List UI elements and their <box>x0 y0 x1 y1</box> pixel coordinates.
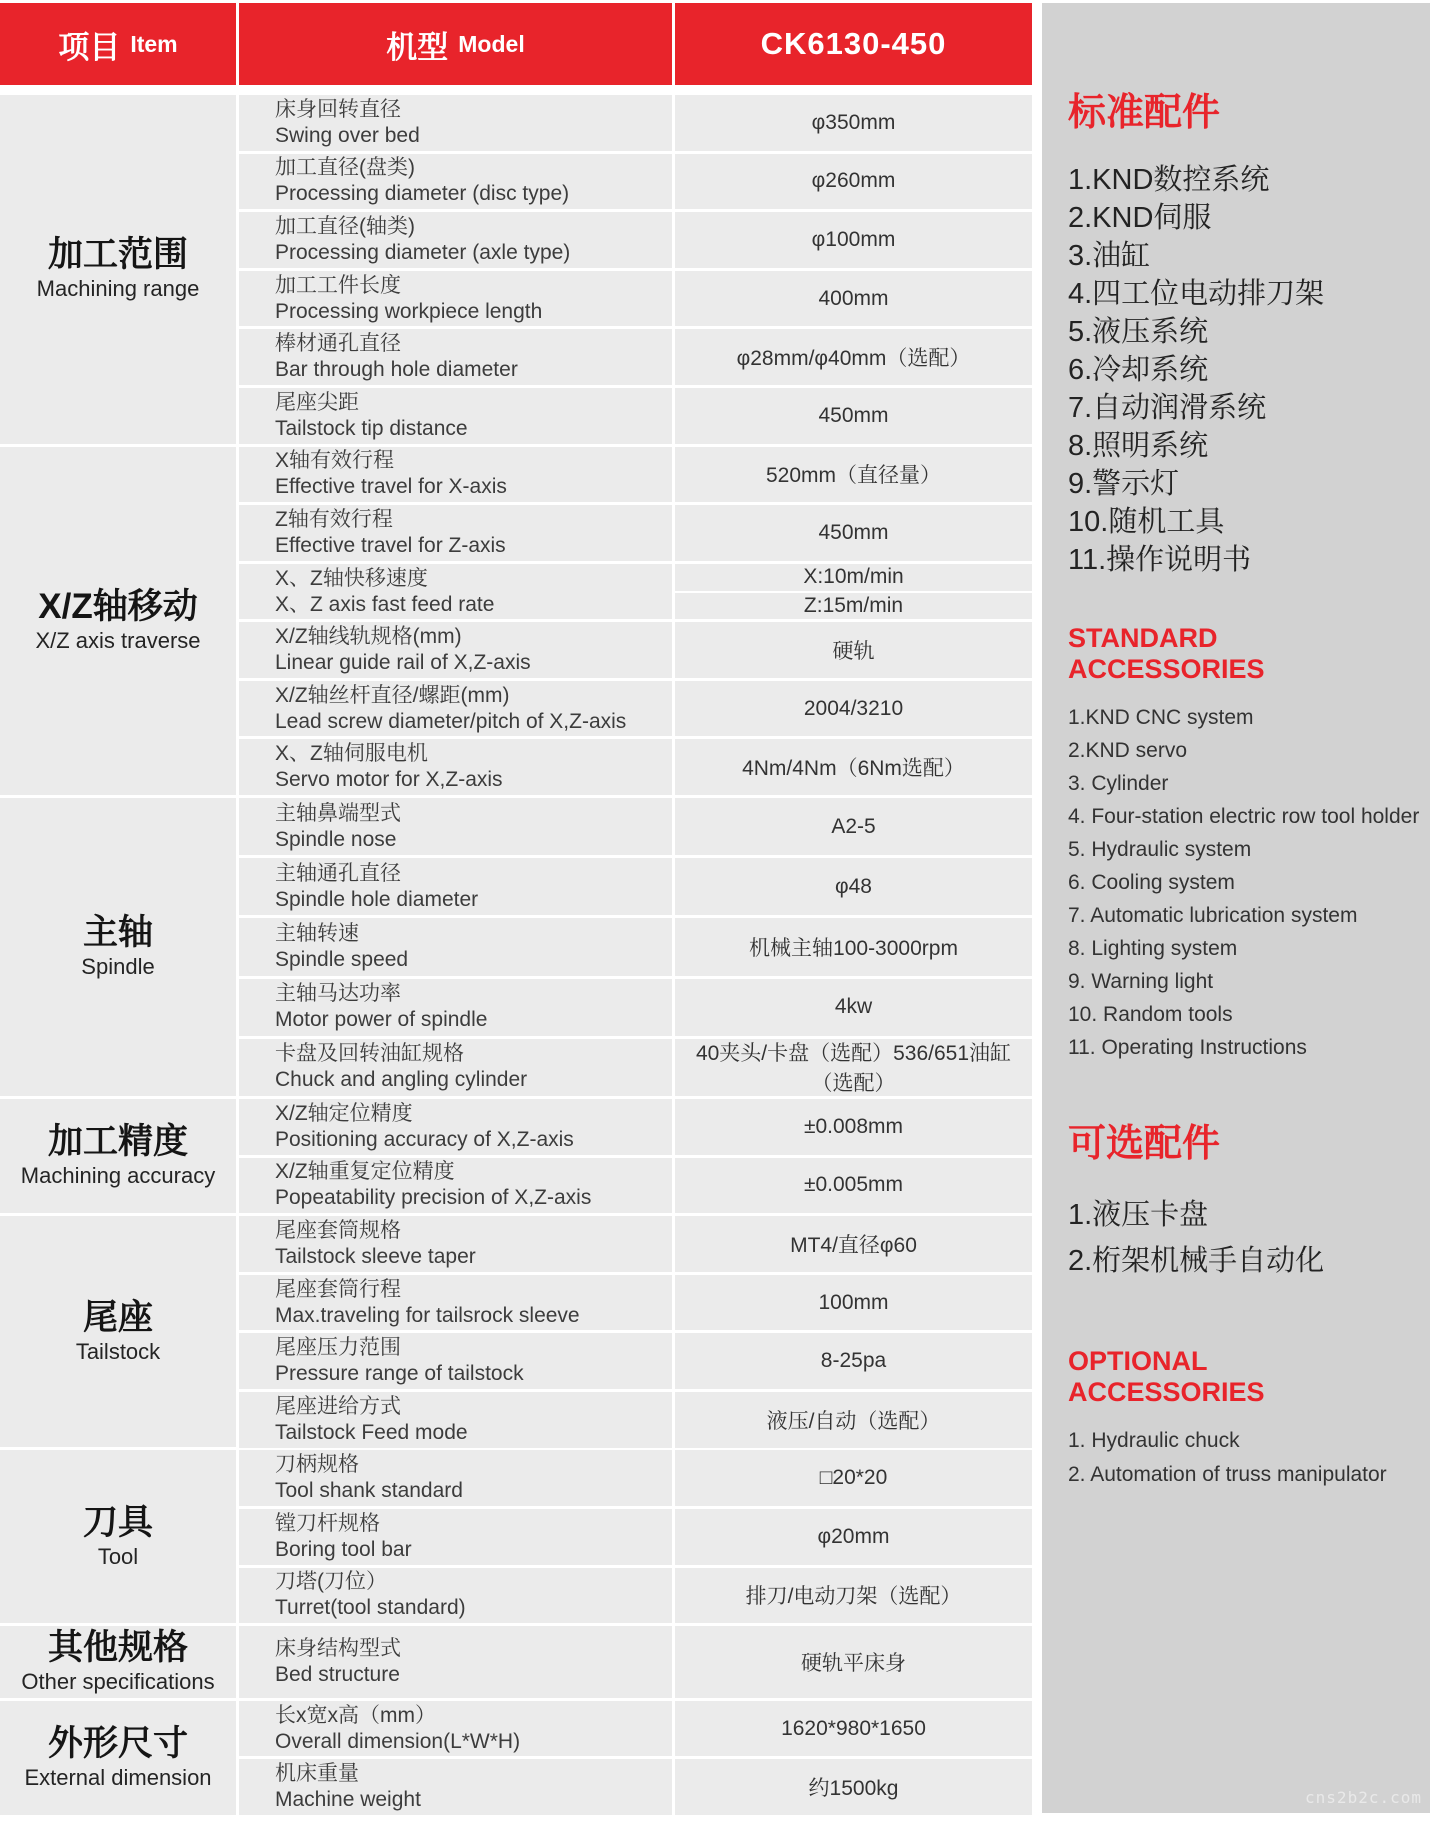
spec-name-en: Bed structure <box>275 1662 664 1688</box>
spec-name-cell: X轴有效行程Effective travel for X-axis <box>239 447 672 503</box>
spec-name-cn: X/Z轴重复定位精度 <box>275 1159 664 1185</box>
category-label-en: Machining range <box>37 275 200 303</box>
accessory-item: 2.KND servo <box>1068 734 1420 767</box>
spec-name-cell: X/Z轴重复定位精度Popeatability precision of X,Z… <box>239 1158 672 1214</box>
accessory-item: 4.四工位电动排刀架 <box>1068 275 1420 313</box>
standard-accessories-title-en: STANDARD ACCESSORIES <box>1068 623 1348 685</box>
spec-name-en: Spindle speed <box>275 947 664 973</box>
spec-value-cell: 400mm <box>675 271 1032 327</box>
spec-value-cell: 2004/3210 <box>675 681 1032 737</box>
spec-name-cn: 尾座进给方式 <box>275 1394 664 1420</box>
spec-name-cell: Z轴有效行程Effective travel for Z-axis <box>239 505 672 561</box>
spec-name-en: Machine weight <box>275 1787 664 1813</box>
spec-name-cn: X、Z轴伺服电机 <box>275 741 664 767</box>
optional-accessories-title-en: OPTIONAL ACCESSORIES <box>1068 1346 1348 1408</box>
spec-name-en: Spindle hole diameter <box>275 887 664 913</box>
spec-name-cell: 尾座套筒行程Max.traveling for tailsrock sleeve <box>239 1275 672 1331</box>
table-row: X、Z轴快移速度X、Z axis fast feed rateX:10m/min… <box>239 564 1032 620</box>
spec-name-cn: 尾座套筒规格 <box>275 1218 664 1244</box>
category-group: 外形尺寸External dimension长x宽x高（mm）Overall d… <box>0 1701 1032 1815</box>
accessory-item: 1.KND CNC system <box>1068 701 1420 734</box>
table-row: 主轴马达功率Motor power of spindle4kw <box>239 979 1032 1036</box>
category-rows: 床身回转直径Swing over bedφ350mm加工直径(盘类)Proces… <box>239 95 1032 444</box>
spec-name-cell: X/Z轴丝杆直径/螺距(mm)Lead screw diameter/pitch… <box>239 681 672 737</box>
spec-name-en: Linear guide rail of X,Z-axis <box>275 650 664 676</box>
category-group: 其他规格Other specifications床身结构型式Bed struct… <box>0 1626 1032 1698</box>
category-label-cn: 其他规格 <box>48 1628 188 1668</box>
spec-name-cell: 床身结构型式Bed structure <box>239 1626 672 1698</box>
spec-name-cell: 主轴转速Spindle speed <box>239 918 672 975</box>
header-cell-item: 项目 Item <box>0 3 236 85</box>
spec-name-en: X、Z axis fast feed rate <box>275 592 664 618</box>
spec-name-cell: 尾座套筒规格Tailstock sleeve taper <box>239 1216 672 1272</box>
category-rows: 主轴鼻端型式Spindle noseA2-5主轴通孔直径Spindle hole… <box>239 798 1032 1096</box>
standard-accessories-title-cn: 标准配件 <box>1068 91 1420 135</box>
spec-name-cell: 加工工件长度Processing workpiece length <box>239 271 672 327</box>
category-cell: 刀具Tool <box>0 1450 236 1623</box>
header-cell-model-value: CK6130-450 <box>675 3 1032 85</box>
spec-value-cell: 450mm <box>675 505 1032 561</box>
spec-value-cell: 液压/自动（选配） <box>675 1392 1032 1448</box>
spec-name-en: Overall dimension(L*W*H) <box>275 1729 664 1755</box>
spec-value-cell: φ100mm <box>675 212 1032 268</box>
spec-value-sub: X:10m/min <box>675 564 1032 591</box>
accessory-item: 2. Automation of truss manipulator <box>1068 1458 1420 1492</box>
header-item-en: Item <box>130 31 177 58</box>
spec-value-cell: ±0.008mm <box>675 1099 1032 1155</box>
spec-name-cn: 主轴通孔直径 <box>275 861 664 887</box>
spec-name-cn: 加工工件长度 <box>275 273 664 299</box>
table-row: 主轴转速Spindle speed机械主轴100-3000rpm <box>239 918 1032 975</box>
spec-name-en: Tailstock tip distance <box>275 416 664 442</box>
spec-name-cell: X、Z轴快移速度X、Z axis fast feed rate <box>239 564 672 620</box>
table-row: 加工直径(盘类)Processing diameter (disc type)φ… <box>239 154 1032 210</box>
accessory-item: 10. Random tools <box>1068 998 1420 1031</box>
spec-name-cell: X/Z轴定位精度Positioning accuracy of X,Z-axis <box>239 1099 672 1155</box>
spec-value-cell: 8-25pa <box>675 1333 1032 1389</box>
category-cell: 外形尺寸External dimension <box>0 1701 236 1815</box>
table-header-row: 项目 Item 机型 Model CK6130-450 <box>0 3 1032 85</box>
spec-name-en: Tailstock sleeve taper <box>275 1244 664 1270</box>
spec-name-en: Tailstock Feed mode <box>275 1420 664 1446</box>
accessory-item: 8. Lighting system <box>1068 932 1420 965</box>
standard-accessories-list-cn: 1.KND数控系统2.KND伺服3.油缸4.四工位电动排刀架5.液压系统6.冷却… <box>1068 161 1420 579</box>
spec-value-cell: 450mm <box>675 388 1032 444</box>
accessory-item: 3.油缸 <box>1068 237 1420 275</box>
table-row: X/Z轴线轨规格(mm)Linear guide rail of X,Z-axi… <box>239 622 1032 678</box>
spec-name-cn: Z轴有效行程 <box>275 507 664 533</box>
category-label-cn: 尾座 <box>83 1298 153 1338</box>
spec-name-cell: 主轴马达功率Motor power of spindle <box>239 979 672 1036</box>
spec-name-cn: 棒材通孔直径 <box>275 331 664 357</box>
category-cell: 其他规格Other specifications <box>0 1626 236 1698</box>
spec-name-cn: 床身结构型式 <box>275 1636 664 1662</box>
spec-value-cell: φ28mm/φ40mm（选配） <box>675 329 1032 385</box>
accessory-item: 6. Cooling system <box>1068 866 1420 899</box>
accessory-item: 7. Automatic lubrication system <box>1068 899 1420 932</box>
header-cell-model: 机型 Model <box>239 3 672 85</box>
category-label-en: X/Z axis traverse <box>35 627 200 655</box>
watermark: cns2b2c.com <box>1305 1788 1422 1807</box>
category-group: 刀具Tool刀柄规格Tool shank standard□20*20镗刀杆规格… <box>0 1450 1032 1623</box>
spec-name-cell: 加工直径(盘类)Processing diameter (disc type) <box>239 154 672 210</box>
spec-name-cn: X/Z轴定位精度 <box>275 1101 664 1127</box>
spec-value-cell: 硬轨 <box>675 622 1032 678</box>
accessory-item: 3. Cylinder <box>1068 767 1420 800</box>
table-row: 卡盘及回转油缸规格Chuck and angling cylinder40夹头/… <box>239 1039 1032 1096</box>
category-group: 尾座Tailstock尾座套筒规格Tailstock sleeve taperM… <box>0 1216 1032 1447</box>
category-rows: X/Z轴定位精度Positioning accuracy of X,Z-axis… <box>239 1099 1032 1213</box>
standard-accessories-list-en: 1.KND CNC system2.KND servo3. Cylinder4.… <box>1068 701 1420 1064</box>
spec-name-en: Motor power of spindle <box>275 1007 664 1033</box>
spec-name-cell: 刀柄规格Tool shank standard <box>239 1450 672 1506</box>
spec-name-en: Processing workpiece length <box>275 299 664 325</box>
spec-name-en: Lead screw diameter/pitch of X,Z-axis <box>275 709 664 735</box>
spec-name-cn: 刀柄规格 <box>275 1452 664 1478</box>
spec-name-cell: 镗刀杆规格Boring tool bar <box>239 1509 672 1565</box>
table-row: X轴有效行程Effective travel for X-axis520mm（直… <box>239 447 1032 503</box>
table-row: 尾座尖距Tailstock tip distance450mm <box>239 388 1032 444</box>
spec-value-cell: 约1500kg <box>675 1759 1032 1815</box>
table-row: 加工工件长度Processing workpiece length400mm <box>239 271 1032 327</box>
spec-value-cell: 硬轨平床身 <box>675 1626 1032 1698</box>
accessory-item: 9.警示灯 <box>1068 465 1420 503</box>
spec-name-cell: 卡盘及回转油缸规格Chuck and angling cylinder <box>239 1039 672 1096</box>
spec-name-cn: X/Z轴丝杆直径/螺距(mm) <box>275 683 664 709</box>
category-label-cn: X/Z轴移动 <box>38 587 197 627</box>
spec-name-en: Effective travel for X-axis <box>275 474 664 500</box>
spec-name-en: Swing over bed <box>275 123 664 149</box>
spec-name-cn: 主轴鼻端型式 <box>275 801 664 827</box>
table-row: 机床重量Machine weight约1500kg <box>239 1759 1032 1815</box>
spec-name-cn: X、Z轴快移速度 <box>275 566 664 592</box>
table-row: 长x宽x高（mm）Overall dimension(L*W*H)1620*98… <box>239 1701 1032 1757</box>
accessory-item: 11.操作说明书 <box>1068 541 1420 579</box>
spec-name-cell: 主轴鼻端型式Spindle nose <box>239 798 672 855</box>
spec-name-cn: 刀塔(刀位） <box>275 1569 664 1595</box>
spec-name-cn: 尾座套筒行程 <box>275 1277 664 1303</box>
spec-name-cell: 加工直径(轴类)Processing diameter (axle type) <box>239 212 672 268</box>
category-label-cn: 刀具 <box>83 1503 153 1543</box>
table-row: Z轴有效行程Effective travel for Z-axis450mm <box>239 505 1032 561</box>
accessory-item: 4. Four-station electric row tool holder <box>1068 800 1420 833</box>
category-label-cn: 主轴 <box>83 913 153 953</box>
category-label-en: External dimension <box>24 1764 211 1792</box>
spec-value-cell: φ260mm <box>675 154 1032 210</box>
spec-name-en: Bar through hole diameter <box>275 357 664 383</box>
optional-accessories-title-cn: 可选配件 <box>1068 1122 1420 1166</box>
spec-value-cell: 100mm <box>675 1275 1032 1331</box>
table-row: 刀塔(刀位）Turret(tool standard)排刀/电动刀架（选配） <box>239 1568 1032 1624</box>
spec-name-en: Servo motor for X,Z-axis <box>275 767 664 793</box>
spec-name-en: Pressure range of tailstock <box>275 1361 664 1387</box>
category-label-en: Machining accuracy <box>21 1162 215 1190</box>
accessory-item: 5. Hydraulic system <box>1068 833 1420 866</box>
category-label-cn: 加工精度 <box>48 1122 188 1162</box>
spec-name-en: Boring tool bar <box>275 1537 664 1563</box>
optional-accessories-list-en: 1. Hydraulic chuck2. Automation of truss… <box>1068 1424 1420 1492</box>
spec-name-cn: 床身回转直径 <box>275 97 664 123</box>
spec-value-cell: X:10m/minZ:15m/min <box>675 564 1032 620</box>
category-group: X/Z轴移动X/Z axis traverseX轴有效行程Effective t… <box>0 447 1032 796</box>
spec-name-en: Chuck and angling cylinder <box>275 1067 664 1093</box>
category-group: 加工精度Machining accuracyX/Z轴定位精度Positionin… <box>0 1099 1032 1213</box>
table-row: 加工直径(轴类)Processing diameter (axle type)φ… <box>239 212 1032 268</box>
spec-value-cell: ±0.005mm <box>675 1158 1032 1214</box>
category-cell: 主轴Spindle <box>0 798 236 1096</box>
spec-name-en: Processing diameter (disc type) <box>275 181 664 207</box>
category-label-en: Other specifications <box>21 1668 214 1696</box>
spec-name-cell: 刀塔(刀位）Turret(tool standard) <box>239 1568 672 1624</box>
spec-value-cell: 4kw <box>675 979 1032 1036</box>
table-row: 主轴鼻端型式Spindle noseA2-5 <box>239 798 1032 855</box>
spec-name-en: Spindle nose <box>275 827 664 853</box>
spec-name-cell: 尾座压力范围Pressure range of tailstock <box>239 1333 672 1389</box>
accessory-item: 1.KND数控系统 <box>1068 161 1420 199</box>
category-label-cn: 加工范围 <box>48 235 188 275</box>
spec-name-cn: 镗刀杆规格 <box>275 1511 664 1537</box>
spec-name-cn: 主轴转速 <box>275 921 664 947</box>
spec-value-cell: φ350mm <box>675 95 1032 151</box>
spec-value-cell: φ48 <box>675 858 1032 915</box>
category-label-en: Spindle <box>81 953 154 981</box>
accessory-item: 7.自动润滑系统 <box>1068 389 1420 427</box>
table-row: 尾座套筒行程Max.traveling for tailsrock sleeve… <box>239 1275 1032 1331</box>
spec-value-cell: A2-5 <box>675 798 1032 855</box>
spec-name-cn: 尾座尖距 <box>275 390 664 416</box>
accessory-item: 11. Operating Instructions <box>1068 1031 1420 1064</box>
table-row: X/Z轴定位精度Positioning accuracy of X,Z-axis… <box>239 1099 1032 1155</box>
category-group: 加工范围Machining range床身回转直径Swing over bedφ… <box>0 95 1032 444</box>
category-cell: 加工范围Machining range <box>0 95 236 444</box>
spec-value-cell: 40夹头/卡盘（选配）536/651油缸（选配） <box>675 1039 1032 1096</box>
spec-value-cell: 520mm（直径量） <box>675 447 1032 503</box>
spec-name-cell: 长x宽x高（mm）Overall dimension(L*W*H) <box>239 1701 672 1757</box>
spec-name-en: Processing diameter (axle type) <box>275 240 664 266</box>
category-label-en: Tool <box>98 1543 138 1571</box>
category-cell: 加工精度Machining accuracy <box>0 1099 236 1213</box>
table-row: 床身回转直径Swing over bedφ350mm <box>239 95 1032 151</box>
table-row: 主轴通孔直径Spindle hole diameterφ48 <box>239 858 1032 915</box>
spec-name-cell: X、Z轴伺服电机Servo motor for X,Z-axis <box>239 739 672 795</box>
spec-name-en: Popeatability precision of X,Z-axis <box>275 1185 664 1211</box>
spec-name-cell: 棒材通孔直径Bar through hole diameter <box>239 329 672 385</box>
header-model-en: Model <box>458 31 524 58</box>
spec-name-en: Effective travel for Z-axis <box>275 533 664 559</box>
spec-name-cell: X/Z轴线轨规格(mm)Linear guide rail of X,Z-axi… <box>239 622 672 678</box>
table-row: 刀柄规格Tool shank standard□20*20 <box>239 1450 1032 1506</box>
category-rows: 床身结构型式Bed structure硬轨平床身 <box>239 1626 1032 1698</box>
spec-value-cell: φ20mm <box>675 1509 1032 1565</box>
accessory-item: 6.冷却系统 <box>1068 351 1420 389</box>
table-row: 尾座压力范围Pressure range of tailstock8-25pa <box>239 1333 1032 1389</box>
table-row: X、Z轴伺服电机Servo motor for X,Z-axis4Nm/4Nm（… <box>239 739 1032 795</box>
category-group: 主轴Spindle主轴鼻端型式Spindle noseA2-5主轴通孔直径Spi… <box>0 798 1032 1096</box>
table-row: X/Z轴重复定位精度Popeatability precision of X,Z… <box>239 1158 1032 1214</box>
spec-name-cn: 主轴马达功率 <box>275 981 664 1007</box>
spec-value-cell: □20*20 <box>675 1450 1032 1506</box>
spec-name-cell: 床身回转直径Swing over bed <box>239 95 672 151</box>
spec-value-cell: 4Nm/4Nm（6Nm选配） <box>675 739 1032 795</box>
table-row: 尾座进给方式Tailstock Feed mode液压/自动（选配） <box>239 1392 1032 1448</box>
spec-value-cell: 1620*980*1650 <box>675 1701 1032 1757</box>
accessory-item: 8.照明系统 <box>1068 427 1420 465</box>
spec-table-body: 加工范围Machining range床身回转直径Swing over bedφ… <box>0 95 1032 1815</box>
category-rows: 尾座套筒规格Tailstock sleeve taperMT4/直径φ60尾座套… <box>239 1216 1032 1447</box>
spec-value-sub: Z:15m/min <box>675 593 1032 620</box>
spec-name-cn: X/Z轴线轨规格(mm) <box>275 624 664 650</box>
category-rows: X轴有效行程Effective travel for X-axis520mm（直… <box>239 447 1032 796</box>
table-row: 尾座套筒规格Tailstock sleeve taperMT4/直径φ60 <box>239 1216 1032 1272</box>
category-rows: 刀柄规格Tool shank standard□20*20镗刀杆规格Boring… <box>239 1450 1032 1623</box>
spec-name-cn: X轴有效行程 <box>275 448 664 474</box>
category-rows: 长x宽x高（mm）Overall dimension(L*W*H)1620*98… <box>239 1701 1032 1815</box>
spec-name-cn: 卡盘及回转油缸规格 <box>275 1041 664 1067</box>
table-row: 镗刀杆规格Boring tool barφ20mm <box>239 1509 1032 1565</box>
spec-table: 项目 Item 机型 Model CK6130-450 加工范围Machinin… <box>0 3 1032 1815</box>
spec-name-cell: 尾座尖距Tailstock tip distance <box>239 388 672 444</box>
spec-name-en: Turret(tool standard) <box>275 1595 664 1621</box>
accessory-item: 9. Warning light <box>1068 965 1420 998</box>
table-row: 棒材通孔直径Bar through hole diameterφ28mm/φ40… <box>239 329 1032 385</box>
category-cell: X/Z轴移动X/Z axis traverse <box>0 447 236 796</box>
spec-name-en: Max.traveling for tailsrock sleeve <box>275 1303 664 1329</box>
accessories-sidebar: 标准配件 1.KND数控系统2.KND伺服3.油缸4.四工位电动排刀架5.液压系… <box>1042 3 1430 1813</box>
spec-name-cn: 长x宽x高（mm） <box>275 1703 664 1729</box>
spec-name-en: Positioning accuracy of X,Z-axis <box>275 1127 664 1153</box>
spec-name-cn: 机床重量 <box>275 1761 664 1787</box>
accessory-item: 2.KND伺服 <box>1068 199 1420 237</box>
spec-name-cell: 尾座进给方式Tailstock Feed mode <box>239 1392 672 1448</box>
accessory-item: 1.液压卡盘 <box>1068 1192 1420 1238</box>
accessory-item: 5.液压系统 <box>1068 313 1420 351</box>
model-number: CK6130-450 <box>761 26 947 62</box>
table-row: X/Z轴丝杆直径/螺距(mm)Lead screw diameter/pitch… <box>239 681 1032 737</box>
category-label-cn: 外形尺寸 <box>48 1724 188 1764</box>
category-label-en: Tailstock <box>76 1338 160 1366</box>
spec-sheet-page: 项目 Item 机型 Model CK6130-450 加工范围Machinin… <box>0 0 1436 1823</box>
header-model-cn: 机型 <box>386 22 448 67</box>
spec-name-cell: 机床重量Machine weight <box>239 1759 672 1815</box>
category-cell: 尾座Tailstock <box>0 1216 236 1447</box>
spec-name-cell: 主轴通孔直径Spindle hole diameter <box>239 858 672 915</box>
optional-accessories-list-cn: 1.液压卡盘2.桁架机械手自动化 <box>1068 1192 1420 1284</box>
spec-name-cn: 加工直径(盘类) <box>275 155 664 181</box>
spec-value-cell: 排刀/电动刀架（选配） <box>675 1568 1032 1624</box>
table-row: 床身结构型式Bed structure硬轨平床身 <box>239 1626 1032 1698</box>
spec-name-cn: 尾座压力范围 <box>275 1335 664 1361</box>
spec-name-cn: 加工直径(轴类) <box>275 214 664 240</box>
spec-value-cell: 机械主轴100-3000rpm <box>675 918 1032 975</box>
spec-name-en: Tool shank standard <box>275 1478 664 1504</box>
accessory-item: 2.桁架机械手自动化 <box>1068 1238 1420 1284</box>
accessory-item: 1. Hydraulic chuck <box>1068 1424 1420 1458</box>
header-item-cn: 项目 <box>58 22 120 67</box>
accessory-item: 10.随机工具 <box>1068 503 1420 541</box>
spec-value-cell: MT4/直径φ60 <box>675 1216 1032 1272</box>
